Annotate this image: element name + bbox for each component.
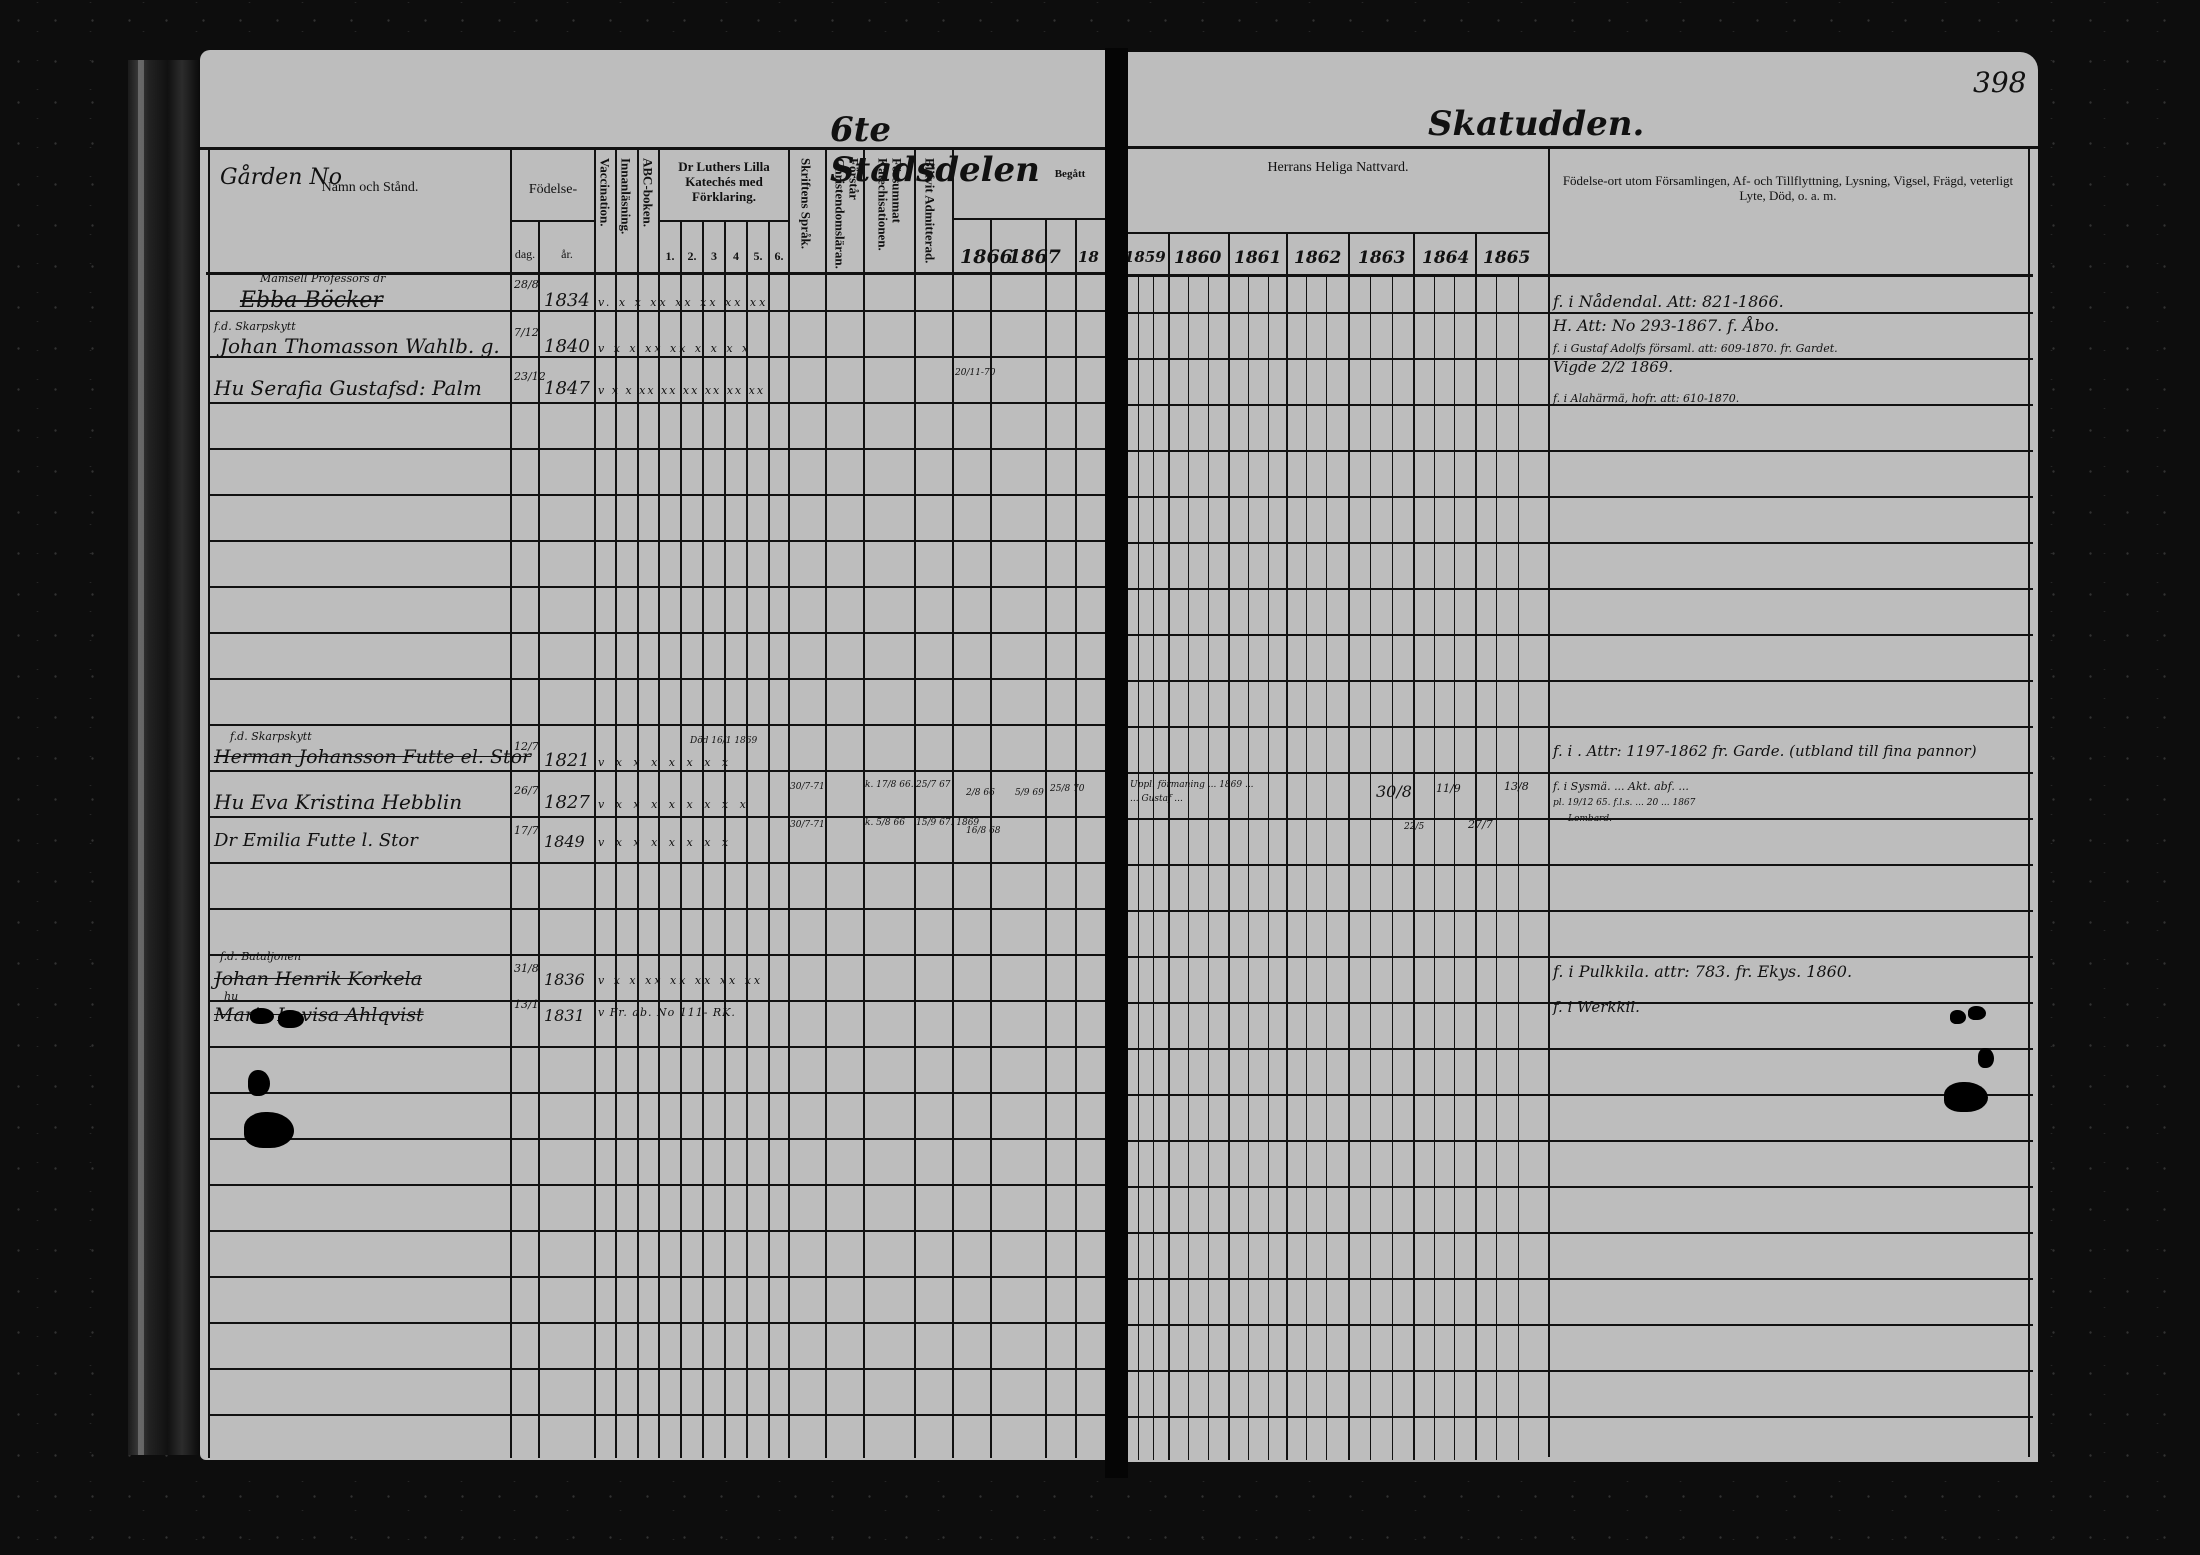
- entry-birth-year: 1847: [544, 378, 590, 399]
- entry-birth-day: 28/8: [514, 278, 539, 291]
- entry-admitted: 20/11-70: [955, 368, 995, 378]
- remark: pl. 19/12 65. f.l.s. ... 20 ... 1867: [1553, 798, 1695, 808]
- entry-neglected: k. 17/8 66.: [865, 780, 914, 790]
- header-top-rule: [1128, 146, 2038, 149]
- ink-blot: [278, 1010, 304, 1028]
- catechism-part-4: 4: [726, 250, 746, 264]
- left-margin-rule: [208, 148, 210, 1458]
- col-rule: [1413, 232, 1415, 1460]
- entry-communion-1866: 16/8 68: [966, 826, 1001, 836]
- subheader-rule: [660, 220, 788, 222]
- entry-birth-year: 1831: [544, 1006, 585, 1025]
- entry-name: Johan Henrik Korkela: [214, 968, 422, 990]
- entry-marks: v x x x x x x x: [598, 836, 732, 849]
- col-rule: [538, 220, 540, 1458]
- col-rule: [914, 148, 916, 1458]
- begatt-header: Begått: [1045, 168, 1095, 181]
- entry-birth-year: 1836: [544, 970, 585, 989]
- entry-marks: v x x x x x x x x: [598, 798, 750, 811]
- col-rule: [1475, 232, 1477, 1460]
- header-bottom-rule: [1128, 274, 2033, 277]
- entry-title: hu: [224, 990, 238, 1003]
- col-rule: [1168, 232, 1170, 1460]
- col-rule: [768, 220, 770, 1458]
- entry-name: Dr Emilia Futte l. Stor: [214, 830, 418, 851]
- remark: f. i Gustaf Adolfs församl. att: 609-187…: [1553, 342, 1838, 355]
- reading-header: Innanläsning.: [618, 158, 632, 234]
- col-rule: [788, 148, 790, 1458]
- entry-birth-day: 12/7: [514, 740, 539, 753]
- remarks-header: Födelse-ort utom Församlingen, Af- och T…: [1558, 174, 2018, 204]
- col-rule: [1228, 232, 1230, 1460]
- entry-birth-day: 31/8: [514, 962, 539, 975]
- communion-1864: 11/9: [1436, 782, 1461, 795]
- birth-header: Födelse-: [512, 182, 594, 198]
- ink-blot: [248, 1070, 270, 1096]
- year-1860: 1860: [1174, 248, 1221, 268]
- entry-name: Hu Serafia Gustafsd: Palm: [214, 376, 482, 400]
- year-1866: 1866: [960, 246, 1013, 268]
- year-1861: 1861: [1234, 248, 1281, 268]
- birth-year-header: år.: [540, 248, 594, 262]
- col-rule: [1286, 232, 1288, 1460]
- entry-death-note: Död 16/1 1869: [690, 736, 757, 746]
- page-number: 398: [1973, 66, 2026, 99]
- remark: f. i Pulkkila. attr: 783. fr. Ekys. 1860…: [1553, 962, 1852, 981]
- remark: Vigde 2/2 1869.: [1553, 358, 1673, 376]
- col-rule: [1348, 232, 1350, 1460]
- entry-birth-year: 1849: [544, 832, 585, 851]
- ink-blot: [244, 1112, 294, 1148]
- entry-name: Johan Thomasson Wahlb. g.: [220, 334, 500, 358]
- entry-birth-day: 13/1: [514, 998, 539, 1011]
- remark: f. i Nådendal. Att: 821-1866.: [1553, 292, 1784, 311]
- col-rule: [594, 148, 596, 1458]
- right-margin-rule: [2028, 147, 2030, 1457]
- ink-blot: [1978, 1048, 1994, 1068]
- neglected-header: Försummat Katechisationen.: [875, 158, 904, 268]
- entry-marks: v x x xx xx x x x x: [598, 342, 751, 355]
- entry-title: f.d. Skarpskytt: [230, 730, 312, 743]
- right-page-heading: Skatudden.: [1428, 104, 1644, 144]
- entry-marks: v x x xx xx xx xx xx xx: [598, 384, 765, 397]
- communion-header: Herrans Heliga Nattvard.: [1188, 160, 1488, 176]
- entry-marks: v Fr. ab. No 111- RK.: [598, 1006, 736, 1019]
- remark: Lombard.: [1568, 814, 1612, 824]
- entry-birth-day: 26/7: [514, 784, 539, 797]
- communion-1863: 22/5: [1404, 822, 1424, 832]
- col-rule: [1075, 220, 1077, 1458]
- communion-1862: 30/8: [1376, 782, 1412, 801]
- subheader-rule: [1128, 232, 1548, 234]
- remark: f. i Alahärmä, hofr. att: 610-1870.: [1553, 392, 1739, 405]
- entry-name: Herman Johansson Futte el. Stor: [214, 746, 531, 768]
- entry-admitted: 25/7 67: [916, 780, 951, 790]
- remarks-divider: [1548, 147, 1550, 1457]
- ink-blot: [1950, 1010, 1966, 1024]
- remark: H. Att: No 293-1867. f. Åbo.: [1553, 316, 1779, 335]
- entry-title: f.d. Skarpskytt: [214, 320, 296, 333]
- col-rule: [1045, 220, 1047, 1458]
- abc-book-header: ABC-boken.: [640, 158, 654, 227]
- entry-birth-year: 1840: [544, 336, 590, 357]
- col-rule: [746, 220, 748, 1458]
- entry-communion-18: 25/8 70: [1050, 784, 1085, 794]
- entry-title: Mamsell Professors dr: [260, 272, 385, 285]
- year-18: 18: [1078, 248, 1099, 266]
- entry-communion-1866: 2/8 66: [966, 788, 995, 798]
- book-spine: [128, 60, 200, 1455]
- entry-communion-1867: 5/9 69: [1015, 788, 1044, 798]
- entry-birth-day: 7/12: [514, 326, 539, 339]
- entry-scripture: 30/7-71: [790, 782, 825, 792]
- year-1863: 1863: [1358, 248, 1405, 268]
- catechism-header: Dr Luthers Lilla Katechés med Förklaring…: [660, 160, 788, 205]
- entry-name: Ebba Böcker: [240, 288, 383, 313]
- communion-note: ... Gustaf ...: [1130, 794, 1183, 804]
- communion-1864b: 27/7: [1468, 818, 1493, 831]
- catechism-part-5: 5.: [748, 250, 768, 264]
- entry-name: Hu Eva Kristina Hebblin: [214, 790, 462, 814]
- ink-blot: [1968, 1006, 1986, 1020]
- understands-header: Förstår Christendomsläran.: [832, 158, 861, 268]
- vaccination-header: Vaccination.: [597, 158, 611, 227]
- remark: f. i Werkkil.: [1553, 998, 1640, 1016]
- subheader-rule: [512, 220, 594, 222]
- catechism-part-2: 2.: [682, 250, 702, 264]
- year-1862: 1862: [1294, 248, 1341, 268]
- remark: f. i Sysmä. ... Akt. abf. ...: [1553, 780, 1689, 793]
- year-1865: 1865: [1483, 248, 1530, 268]
- admitted-header: Blifvit Admitterad.: [922, 158, 936, 268]
- year-1859: 1859: [1128, 248, 1166, 266]
- col-rule: [863, 148, 865, 1458]
- book-gutter: [1105, 48, 1128, 1478]
- entry-scripture: 30/7-71: [790, 820, 825, 830]
- entry-birth-year: 1834: [544, 290, 590, 311]
- entry-marks: v. x x xx xx xx xx xx: [598, 296, 768, 309]
- catechism-part-1: 1.: [660, 250, 680, 264]
- catechism-part-3: 3: [704, 250, 724, 264]
- year-1864: 1864: [1422, 248, 1469, 268]
- remark: f. i . Attr: 1197-1862 fr. Garde. (utbla…: [1553, 742, 1977, 760]
- entry-marks: v x x xx xx xx xx xx: [598, 974, 763, 987]
- scripture-header: Skriftens Språk.: [798, 158, 812, 249]
- right-page: Skatudden. 398 Herrans Heliga Nattvard. …: [1128, 52, 2038, 1462]
- ink-blot: [250, 1008, 274, 1024]
- col-rule: [510, 148, 512, 1458]
- entry-neglected: k. 5/8 66: [865, 818, 905, 828]
- catechism-part-6: 6.: [769, 250, 789, 264]
- entry-birth-year: 1827: [544, 792, 590, 813]
- left-page: 6te Stadsdelen Gården No Namn och Stånd.…: [200, 50, 1105, 1460]
- communion-note: Uppl. förmaning ... 1869 ...: [1130, 780, 1254, 790]
- header-top-rule: [200, 147, 1105, 150]
- col-rule: [952, 148, 954, 1458]
- name-column-header: Namn och Stånd.: [260, 180, 480, 196]
- ink-blot: [1944, 1082, 1988, 1112]
- entry-title: f.d. Bataljonen: [220, 950, 301, 963]
- entry-birth-day: 23/12: [514, 370, 546, 383]
- col-rule: [825, 148, 827, 1458]
- year-1867: 1867: [1008, 246, 1061, 268]
- entry-name: Maria Lovisa Ahlqvist: [214, 1004, 424, 1026]
- entry-marks: v x x x x x x x: [598, 756, 732, 769]
- col-rule: [990, 220, 992, 1458]
- communion-1865: 13/8: [1504, 780, 1529, 793]
- entry-birth-year: 1821: [544, 750, 590, 771]
- entry-birth-day: 17/7: [514, 824, 539, 837]
- subheader-rule: [952, 218, 1105, 220]
- birth-day-header: dag.: [512, 248, 538, 262]
